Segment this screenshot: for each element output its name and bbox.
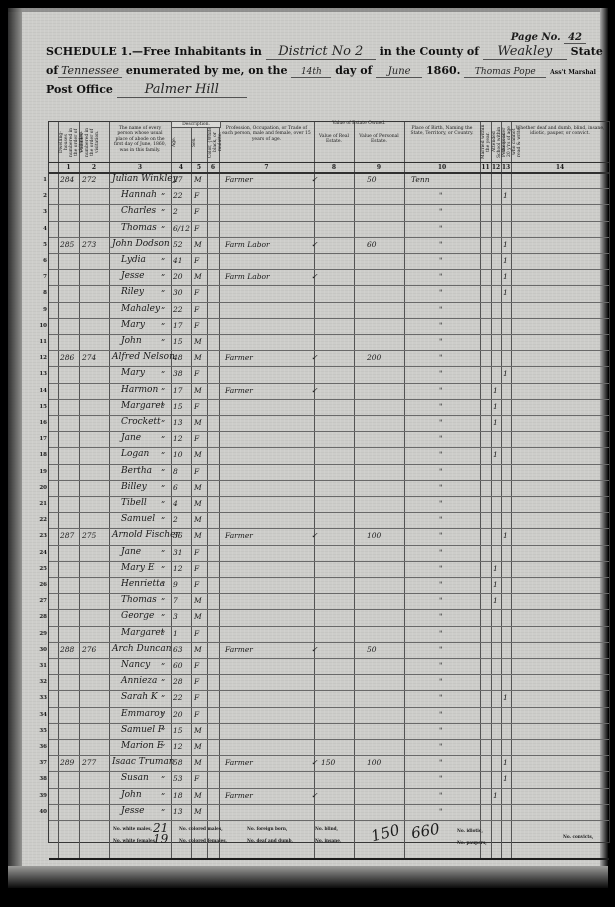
person-name: Annieza (121, 676, 157, 686)
row-divider (49, 447, 609, 448)
row-divider (49, 723, 609, 724)
schedule-line: SCHEDULE 1.—Free Inhabitants in District… (46, 44, 603, 60)
school-mark: 1 (493, 564, 498, 573)
person-name: Mary (121, 320, 145, 330)
row-divider (49, 755, 609, 756)
row-number: 32 (33, 679, 47, 685)
sex: F (194, 629, 199, 638)
sex: F (194, 580, 199, 589)
birthplace: " (439, 758, 442, 767)
column-number-5: 5 (191, 164, 207, 171)
row-number: 26 (33, 582, 47, 588)
row-number: 13 (33, 371, 47, 377)
column-header-9: Value of Personal Estate. (356, 134, 402, 145)
row-number: 24 (33, 550, 47, 556)
dwelling-number: 289 (60, 758, 74, 767)
row-number: 14 (33, 388, 47, 394)
ditto-mark: ” (161, 192, 165, 201)
ditto-mark: ” (161, 775, 165, 784)
age: 2 (173, 515, 178, 524)
column-divider (58, 122, 59, 860)
birthplace: " (439, 402, 442, 411)
column-number-14: 14 (511, 164, 609, 171)
birthplace: " (439, 418, 442, 427)
column-divider (404, 122, 405, 860)
sex: F (194, 288, 199, 297)
row-divider (49, 739, 609, 740)
row-divider (49, 480, 609, 481)
sex: M (194, 418, 202, 427)
row-divider (49, 771, 609, 772)
person-name: George (121, 611, 154, 621)
column-divider (354, 122, 355, 860)
row-divider (49, 188, 609, 189)
occupation: Farmer (225, 175, 253, 184)
row-number: 11 (33, 339, 47, 345)
white-females-value: 19 (153, 832, 168, 846)
row-number: 28 (33, 614, 47, 620)
birthplace: " (439, 742, 442, 751)
row-number: 2 (33, 193, 47, 199)
age: 8 (173, 467, 178, 476)
convicts-label: No. convicts, (563, 834, 593, 839)
sex: F (194, 305, 199, 314)
age: 6 (173, 483, 178, 492)
ditto-mark: ” (161, 565, 165, 574)
school-mark: 1 (493, 580, 498, 589)
column-header-14: Whether deaf and dumb, blind, insane, id… (513, 126, 607, 137)
birthplace: " (439, 191, 442, 200)
birthplace: " (439, 791, 442, 800)
person-name: Margaret (121, 628, 164, 638)
person-name: Jane (121, 433, 141, 443)
sex: F (194, 402, 199, 411)
birthplace: " (439, 386, 442, 395)
row-divider (49, 285, 609, 286)
school-mark: 1 (493, 418, 498, 427)
real-estate-value: 150 (321, 758, 335, 767)
birthplace: " (439, 807, 442, 816)
column-divider (501, 122, 502, 860)
row-number: 25 (33, 566, 47, 572)
row-number: 9 (33, 307, 47, 313)
ditto-mark: ” (161, 387, 165, 396)
sex: M (194, 515, 202, 524)
sex: M (194, 450, 202, 459)
birthplace: " (439, 224, 442, 233)
person-name: Jesse (121, 271, 145, 281)
column-number-6: 6 (207, 164, 219, 171)
page-number: Page No. 42 (511, 32, 586, 43)
row-divider (49, 820, 609, 821)
school-mark: 1 (493, 791, 498, 800)
birthplace: " (439, 629, 442, 638)
row-number: 27 (33, 598, 47, 604)
ditto-mark: ” (161, 338, 165, 347)
census-page: Page No. 42 SCHEDULE 1.—Free Inhabitants… (8, 8, 608, 888)
birthplace: " (439, 774, 442, 783)
column-divider (480, 122, 481, 860)
row-divider (49, 350, 609, 351)
family-number: 272 (82, 175, 96, 184)
post-office-line: Post Office Palmer Hill (46, 82, 247, 98)
page-no-value: 42 (564, 32, 586, 44)
ditto-mark: ” (161, 516, 165, 525)
sex: M (194, 742, 202, 751)
birthplace: " (439, 321, 442, 330)
sex: M (194, 758, 202, 767)
column-header-7: Profession, Occupation, or Trade of each… (221, 126, 312, 142)
school-mark: 1 (493, 450, 498, 459)
column-header-5: Sex. (192, 124, 206, 160)
row-divider (49, 204, 609, 205)
school-mark: 1 (493, 402, 498, 411)
row-divider (49, 512, 609, 513)
person-name: Thomas (121, 223, 157, 233)
row-divider (49, 383, 609, 384)
occupation: Farmer (225, 386, 253, 395)
person-name: Thomas (121, 595, 157, 605)
person-name: Logan (121, 449, 149, 459)
literacy-mark: 1 (503, 693, 508, 702)
birthplace: " (439, 353, 442, 362)
row-number: 12 (33, 355, 47, 361)
person-name: Sarah K (121, 692, 158, 702)
row-number: 5 (33, 242, 47, 248)
sex: F (194, 693, 199, 702)
person-name: John (121, 336, 142, 346)
white-males-label: No. white males, (113, 826, 152, 831)
scan-edge-left (8, 8, 22, 888)
birthplace: " (439, 693, 442, 702)
literacy-mark: 1 (503, 774, 508, 783)
column-header-13: Persons over 20 y'rs of age who cannot r… (502, 124, 510, 160)
row-divider (49, 788, 609, 789)
row-number: 21 (33, 501, 47, 507)
sex: M (194, 240, 202, 249)
age: 52 (173, 240, 183, 249)
ditto-mark: ” (161, 727, 165, 736)
personal-estate-value: 50 (367, 645, 377, 654)
sex: F (194, 191, 199, 200)
person-name: Lydia (121, 255, 146, 265)
row-number: 10 (33, 323, 47, 329)
column-header-4: Age. (172, 124, 190, 160)
age: 36 (173, 531, 183, 540)
person-name: Mary (121, 368, 145, 378)
person-name: John (121, 790, 142, 800)
insane-label: No. insane, (315, 838, 341, 843)
sex: M (194, 791, 202, 800)
age: 6/12 (173, 224, 190, 233)
birthplace: " (439, 305, 442, 314)
state-label: State (571, 45, 603, 58)
ditto-mark: ” (161, 484, 165, 493)
column-number-4: 4 (171, 164, 191, 171)
age: 22 (173, 693, 183, 702)
sex: F (194, 369, 199, 378)
column-number-1: 1 (58, 164, 79, 171)
birthplace: " (439, 645, 442, 654)
row-divider (49, 496, 609, 497)
paupers-label: No. paupers, (457, 840, 487, 845)
literacy-mark: 1 (503, 191, 508, 200)
white-females-label: No. white females, (113, 838, 156, 843)
occupation: Farmer (225, 758, 253, 767)
age: 41 (173, 256, 183, 265)
age: 2 (173, 207, 178, 216)
family-number: 274 (82, 353, 96, 362)
sex: F (194, 774, 199, 783)
literacy-mark: 1 (503, 758, 508, 767)
row-number: 35 (33, 728, 47, 734)
row-number: 23 (33, 533, 47, 539)
age: 20 (173, 710, 183, 719)
age: 9 (173, 580, 178, 589)
literacy-mark: 1 (503, 256, 508, 265)
ditto-mark: ” (161, 678, 165, 687)
ditto-mark: ” (161, 743, 165, 752)
row-divider (49, 593, 609, 594)
of-label: of (46, 64, 58, 77)
row-number: 40 (33, 809, 47, 815)
ditto-mark: ” (161, 711, 165, 720)
row-number: 33 (33, 695, 47, 701)
age: 28 (173, 677, 183, 686)
age: 1 (173, 629, 178, 638)
person-name: Nancy (121, 660, 150, 670)
sex: F (194, 224, 199, 233)
ditto-mark: ” (161, 273, 165, 282)
literacy-mark: 1 (503, 240, 508, 249)
person-name: Isaac Truman (112, 757, 175, 767)
column-number-9: 9 (354, 164, 404, 171)
row-number: 36 (33, 744, 47, 750)
person-name: Emmaroy (121, 709, 165, 719)
estate-group-label: Value of Estate Owned. (314, 121, 404, 126)
dwelling-number: 286 (60, 353, 74, 362)
sex: F (194, 710, 199, 719)
marshal-label: Ass't Marshal (550, 69, 596, 76)
age: 22 (173, 305, 183, 314)
person-name: Arch Duncan (112, 644, 172, 654)
ditto-mark: ” (161, 792, 165, 801)
column-number-2: 2 (79, 164, 109, 171)
birthplace: " (439, 596, 442, 605)
age: 60 (173, 661, 183, 670)
age: 38 (173, 369, 183, 378)
description-group-label: Description. (171, 121, 221, 128)
row-divider (49, 528, 609, 529)
row-number: 29 (33, 631, 47, 637)
birthplace: " (439, 548, 442, 557)
ditto-mark: ” (161, 419, 165, 428)
person-name: Mahaley (121, 304, 160, 314)
birthplace: " (439, 467, 442, 476)
person-name: Marion E (121, 741, 163, 751)
check-mark: ✓ (311, 175, 318, 184)
column-divider (314, 122, 315, 860)
row-divider (49, 804, 609, 805)
column-header-12: Attended School within the year. (492, 124, 500, 160)
person-name: Samuel P (121, 725, 164, 735)
row-divider (49, 269, 609, 270)
row-number: 16 (33, 420, 47, 426)
sex: F (194, 207, 199, 216)
column-header-1: Dwelling-houses numbered in the order of… (59, 124, 78, 160)
check-mark: ✓ (311, 531, 318, 540)
county-value: Weakley (483, 44, 567, 60)
family-number: 276 (82, 645, 96, 654)
ditto-mark: ” (161, 808, 165, 817)
person-name: Arnold Fischer (112, 530, 180, 540)
column-number-10: 10 (404, 164, 480, 171)
row-number: 19 (33, 469, 47, 475)
birthplace: " (439, 288, 442, 297)
column-number-7: 7 (219, 164, 314, 171)
sex: F (194, 256, 199, 265)
ditto-mark: ” (161, 597, 165, 606)
row-divider (49, 415, 609, 416)
column-header-11: Married within the year. (481, 124, 490, 160)
sex: F (194, 564, 199, 573)
family-number: 275 (82, 531, 96, 540)
row-divider (49, 690, 609, 691)
birthplace: " (439, 580, 442, 589)
birthplace: Tenn (411, 175, 430, 184)
row-divider (49, 642, 609, 643)
person-name: Billey (121, 482, 147, 492)
ditto-mark: ” (161, 662, 165, 671)
personal-estate-value: 60 (367, 240, 377, 249)
row-divider (49, 577, 609, 578)
age: 63 (173, 645, 183, 654)
occupation: Farmer (225, 791, 253, 800)
personal-estate-value: 100 (367, 758, 381, 767)
person-name: Julian Winkley (112, 174, 178, 184)
ditto-mark: ” (161, 306, 165, 315)
row-number: 6 (33, 258, 47, 264)
sex: F (194, 434, 199, 443)
post-office-value: Palmer Hill (117, 82, 247, 98)
row-divider (49, 237, 609, 238)
row-divider (49, 561, 609, 562)
ditto-mark: ” (161, 225, 165, 234)
column-divider (109, 122, 110, 860)
row-number: 31 (33, 663, 47, 669)
sex: M (194, 807, 202, 816)
header-divider (49, 162, 609, 163)
sex: M (194, 726, 202, 735)
deaf-dumb-label: No. deaf and dumb, (247, 838, 293, 843)
ditto-mark: ” (161, 581, 165, 590)
row-number: 38 (33, 776, 47, 782)
school-mark: 1 (493, 596, 498, 605)
column-divider (511, 122, 512, 860)
row-divider (49, 302, 609, 303)
ditto-mark: ” (161, 289, 165, 298)
sex: M (194, 353, 202, 362)
year-value: 1860. (426, 64, 460, 77)
occupation: Farmer (225, 645, 253, 654)
column-number-3: 3 (109, 164, 171, 171)
age: 30 (173, 288, 183, 297)
sex: F (194, 677, 199, 686)
ditto-mark: ” (161, 630, 165, 639)
person-name: Samuel (121, 514, 155, 524)
occupation: Farm Labor (225, 240, 270, 249)
column-number-13: 13 (501, 164, 511, 171)
sex: F (194, 661, 199, 670)
literacy-mark: 1 (503, 531, 508, 540)
person-name: Jane (121, 547, 141, 557)
age: 48 (173, 353, 183, 362)
column-header-2: Families numbered in the order of visita… (80, 124, 108, 160)
sex: M (194, 483, 202, 492)
sex: F (194, 467, 199, 476)
age: 53 (173, 774, 183, 783)
personal-estate-total: 660 (410, 820, 441, 843)
row-divider (49, 545, 609, 546)
row-number: 18 (33, 452, 47, 458)
person-name: Hannah (121, 190, 157, 200)
birthplace: " (439, 515, 442, 524)
column-divider (219, 122, 220, 860)
birthplace: " (439, 726, 442, 735)
colored-males-label: No. colored males, (179, 826, 223, 831)
ditto-mark: ” (161, 257, 165, 266)
day-value: 14th (291, 67, 331, 78)
check-mark: ✓ (311, 758, 318, 767)
row-divider (49, 431, 609, 432)
personal-estate-value: 200 (367, 353, 381, 362)
row-divider (49, 626, 609, 627)
dwelling-number: 285 (60, 240, 74, 249)
literacy-mark: 1 (503, 369, 508, 378)
person-name: Riley (121, 287, 144, 297)
age: 27 (173, 175, 183, 184)
schedule-label: SCHEDULE 1.—Free Inhabitants in (46, 45, 262, 58)
foreign-born-label: No. foreign born, (247, 826, 287, 831)
age: 15 (173, 337, 183, 346)
ditto-mark: ” (161, 322, 165, 331)
district-value: District No 2 (266, 44, 376, 60)
enumerated-label: enumerated by me, on the (126, 64, 288, 77)
literacy-mark: 1 (503, 288, 508, 297)
row-number: 3 (33, 209, 47, 215)
ditto-mark: ” (161, 694, 165, 703)
county-label: in the County of (380, 45, 479, 58)
ditto-mark: ” (161, 468, 165, 477)
column-header-8: Value of Real Estate. (316, 134, 352, 145)
row-divider (49, 334, 609, 335)
person-name: Alfred Nelson (112, 352, 175, 362)
check-mark: ✓ (311, 353, 318, 362)
birthplace: " (439, 337, 442, 346)
age: 13 (173, 807, 183, 816)
column-header-10: Place of Birth, Naming the State, Territ… (406, 126, 478, 137)
check-mark: ✓ (311, 272, 318, 281)
sex: M (194, 531, 202, 540)
post-office-label: Post Office (46, 83, 113, 96)
row-number: 7 (33, 274, 47, 280)
age: 12 (173, 434, 183, 443)
row-number: 39 (33, 793, 47, 799)
person-name: Harmon (121, 385, 158, 395)
check-mark: ✓ (311, 240, 318, 249)
state-value: Tennessee (58, 64, 122, 78)
sex: M (194, 499, 202, 508)
